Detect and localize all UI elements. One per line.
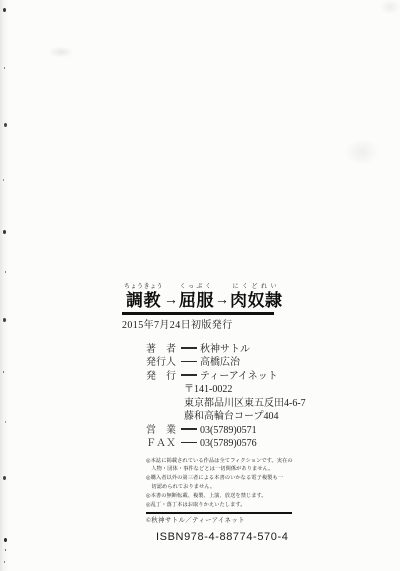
title-text: 調教 [126,291,161,310]
row-value: 秋神サトル [200,344,250,355]
info-row-postal-code: 〒141-0022 [122,383,298,397]
row-value: 03(5789)0571 [200,425,257,436]
info-row-address2: 藤和高輪台コープ404 [122,410,298,424]
title-underline [122,312,274,315]
copyright-divider [146,512,292,514]
title-word: ちょうきょう 調教 [124,284,163,310]
furigana: にくどれい [233,284,281,291]
copyright-line: ©秋神サトル／ティーアイネット [122,516,298,525]
leader-line [181,361,197,362]
row-label: 発 行 [146,370,178,384]
furigana: くっぷく [180,284,214,291]
legal-notes: ◎本誌に掲載されている作品は全てフィクションです。実在の 人物・団体・事件などと… [122,457,296,510]
book-title: ちょうきょう 調教 → くっぷく 屈服 → にくどれい 肉奴隷 [124,284,298,310]
row-label: ＦＡＸ [146,437,178,451]
scan-noise [3,8,6,12]
leader-line [181,347,197,348]
info-row-address: 東京都品川区東五反田4-6-7 [122,397,298,411]
note-line: ◎購入者以外の第三者による本書のいかなる電子複製も一 [146,474,296,483]
isbn-number: ISBN978-4-88774-570-4 [122,530,298,544]
row-label: 営 業 [146,424,178,438]
row-value: 〒141-0022 [184,384,232,395]
arrow-glyph: → [214,291,230,310]
scan-smudge [345,138,379,166]
title-text: 屈服 [179,291,214,310]
row-value: 高橋広治 [200,357,240,368]
note-line: 切認められておりません。 [146,483,296,492]
scanned-colophon-page: ちょうきょう 調教 → くっぷく 屈服 → にくどれい 肉奴隷 2015年7月2… [0,0,400,571]
row-value: 藤和高輪台コープ404 [184,411,279,422]
title-word: にくどれい 肉奴隷 [230,284,283,310]
note-line: ◎乱丁・落丁本はお取りかえいたします。 [146,501,296,510]
info-row-author: 著 者秋神サトル [122,343,298,357]
furigana: ちょうきょう [124,284,163,291]
publication-info: 著 者秋神サトル 発行人高橋広治 発 行ティーアイネット 〒141-0022 東… [122,343,298,451]
info-row-publisher-person: 発行人高橋広治 [122,356,298,370]
leader-line [181,374,197,375]
scan-smudge [380,0,400,14]
scan-edge-shade [0,0,10,571]
scan-smudge [48,46,74,58]
colophon-block: ちょうきょう 調教 → くっぷく 屈服 → にくどれい 肉奴隷 2015年7月2… [122,284,298,544]
edition-date: 2015年7月24日初版発行 [122,319,298,332]
info-row-fax: ＦＡＸ03(5789)0576 [122,437,298,451]
arrow-glyph: → [163,291,179,310]
leader-line [181,428,197,429]
row-value: ティーアイネット [200,371,278,382]
title-text: 肉奴隷 [230,291,283,310]
leader-line [181,442,197,443]
row-label: 著 者 [146,343,178,357]
note-line: 人物・団体・事件などとは一切関係がありません。 [146,465,296,474]
title-word: くっぷく 屈服 [179,284,214,310]
note-line: ◎本誌に掲載されている作品は全てフィクションです。実在の [146,457,296,466]
row-label: 発行人 [146,356,178,370]
row-value: 03(5789)0576 [200,438,257,449]
info-row-publisher: 発 行ティーアイネット [122,370,298,384]
note-line: ◎本書の無断転載、複製、上演、放送を禁じます。 [146,492,296,501]
info-row-sales-phone: 営 業03(5789)0571 [122,424,298,438]
row-value: 東京都品川区東五反田4-6-7 [184,398,306,409]
